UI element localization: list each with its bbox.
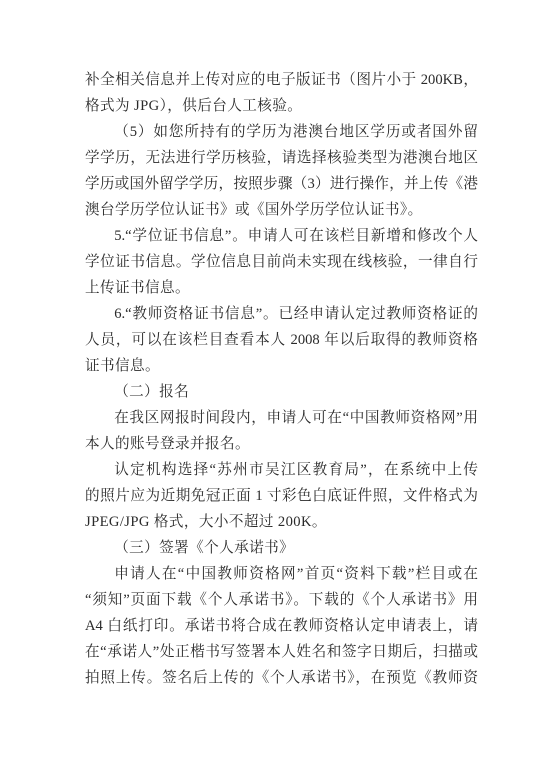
document-line: （5）如您所持有的学历为港澳台地区学历或者国外留 [85, 119, 478, 145]
document-line: 5.“学位证书信息”。申请人可在该栏目新增和修改个人 [85, 223, 478, 249]
document-line: （三）签署《个人承诺书》 [85, 535, 478, 561]
document-line: 6.“教师资格证书信息”。已经申请认定过教师资格证的 [85, 301, 478, 327]
document-line: A4 白纸打印。承诺书将合成在教师资格认定申请表上，请 [85, 613, 478, 639]
document-line: 拍照上传。签名后上传的《个人承诺书》，在预览《教师资 [85, 665, 478, 691]
document-line: 人员，可以在该栏目查看本人 2008 年以后取得的教师资格 [85, 327, 478, 353]
document-line: 申请人在“中国教师资格网”首页“资料下载”栏目或在 [85, 561, 478, 587]
document-line: 认定机构选择“苏州市吴江区教育局”，在系统中上传 [85, 457, 478, 483]
document-line: 本人的账号登录并报名。 [85, 431, 478, 457]
document-line: 格式为 JPG），供后台人工核验。 [85, 93, 478, 119]
document-line: JPEG/JPG 格式，大小不超过 200K。 [85, 509, 478, 535]
document-line: 澳台学历学位认证书》或《国外学历学位认证书》。 [85, 197, 478, 223]
document-line: 证书信息。 [85, 353, 478, 379]
document-line: 学学历，无法进行学历核验，请选择核验类型为港澳台地区 [85, 145, 478, 171]
document-line: 的照片应为近期免冠正面 1 寸彩色白底证件照，文件格式为 [85, 483, 478, 509]
document-line: 学位证书信息。学位信息目前尚未实现在线核验，一律自行 [85, 249, 478, 275]
document-line: 上传证书信息。 [85, 275, 478, 301]
document-line: “须知”页面下载《个人承诺书》。下载的《个人承诺书》用 [85, 587, 478, 613]
document-line: （二）报名 [85, 379, 478, 405]
document-line: 在“承诺人”处正楷书写签署本人姓名和签字日期后，扫描或 [85, 639, 478, 665]
document-line: 学历或国外留学学历，按照步骤（3）进行操作，并上传《港 [85, 171, 478, 197]
document-page: 补全相关信息并上传对应的电子版证书（图片小于 200KB，格式为 JPG），供后… [0, 0, 554, 784]
document-text-block: 补全相关信息并上传对应的电子版证书（图片小于 200KB，格式为 JPG），供后… [85, 67, 478, 691]
document-line: 在我区网报时间段内，申请人可在“中国教师资格网”用 [85, 405, 478, 431]
document-line: 补全相关信息并上传对应的电子版证书（图片小于 200KB， [85, 67, 478, 93]
